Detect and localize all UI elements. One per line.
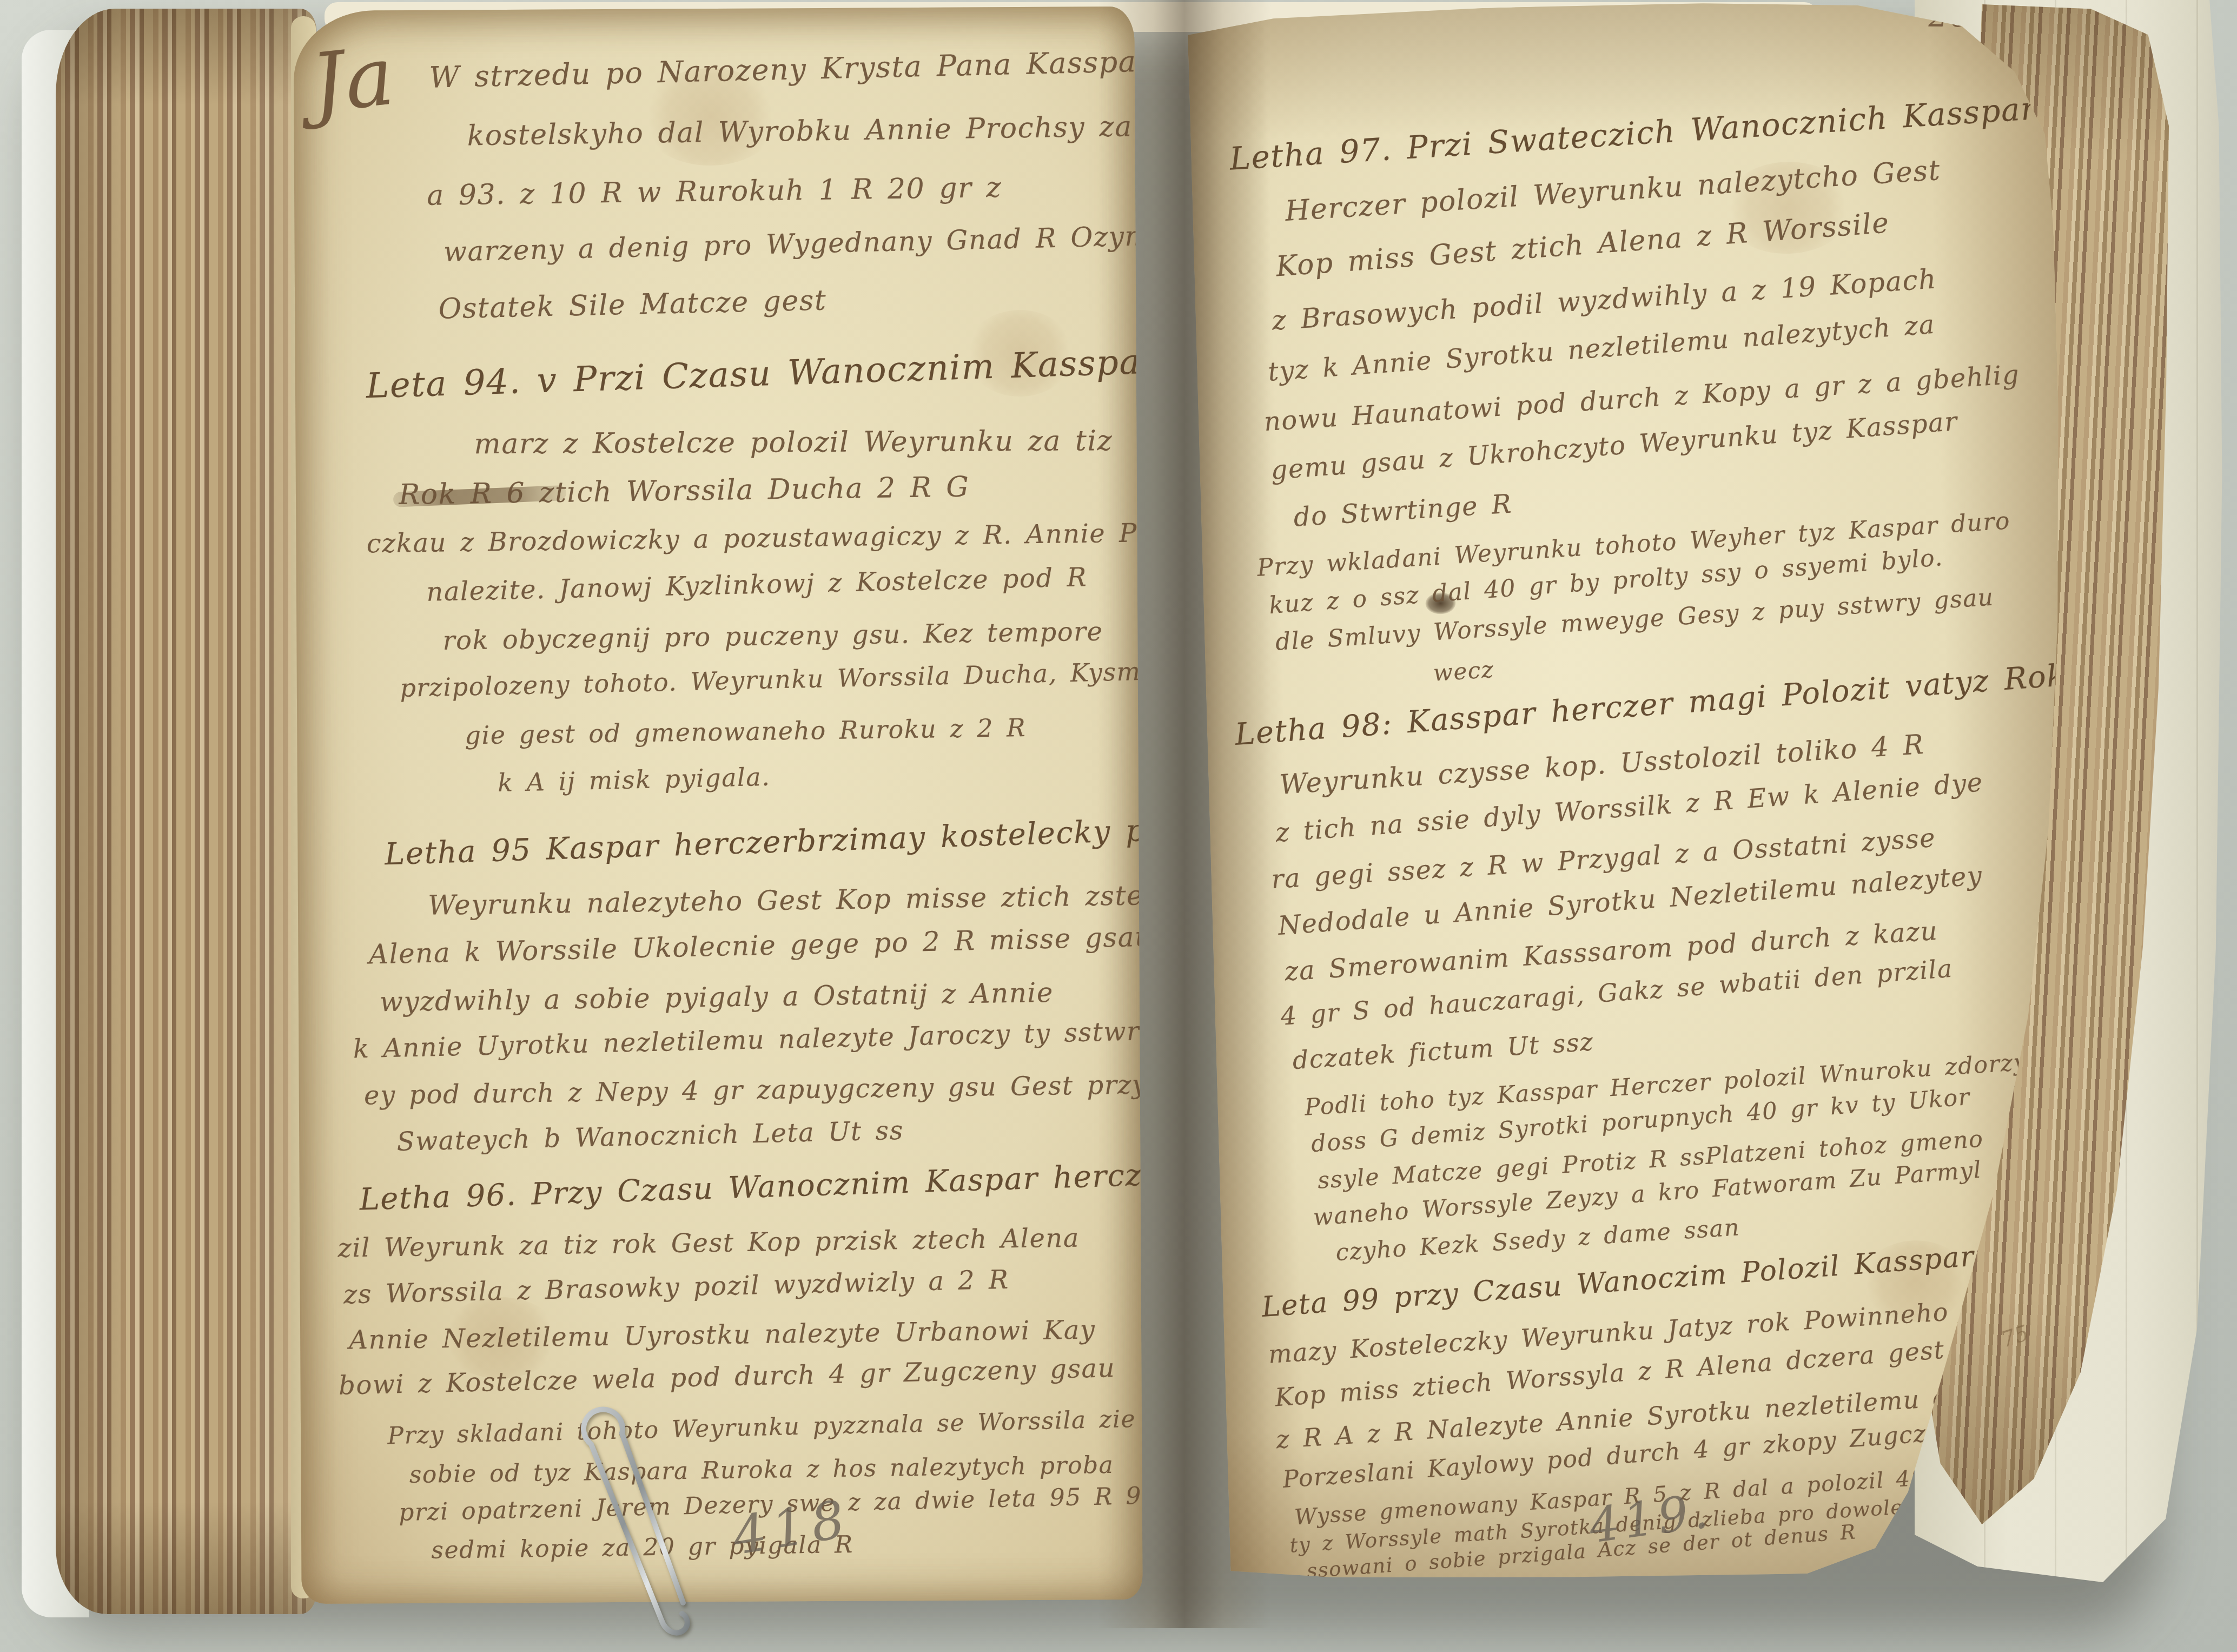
manuscript-line: wecz	[1432, 657, 1494, 686]
manuscript-line: zs Worssila z Brasowky pozil wyzdwizly a…	[343, 1266, 1010, 1310]
manuscript-line: Letha 95 Kaspar herczerbrzimay kosteleck…	[384, 811, 1142, 871]
manuscript-line: a 93. z 10 R w Rurokuh 1 R 20 gr z	[427, 173, 1002, 212]
paperclip-icon	[571, 1382, 717, 1642]
photograph-of-open-manuscript-book: { "colors":{ "ink":"#6b5137", "heading_i…	[0, 0, 2237, 1652]
manuscript-line: zil Weyrunk za tiz rok Gest Kop przisk z…	[337, 1224, 1080, 1263]
manuscript-line: do Stwrtinge R	[1293, 490, 1513, 532]
manuscript-line: Ostatek Sile Matcze gest	[438, 285, 827, 325]
manuscript-line: Letha 96. Przy Czasu Wanocznim Kaspar he…	[359, 1155, 1143, 1217]
manuscript-line: czkau z Brozdowiczky a pozustawagiczy z …	[366, 518, 1142, 558]
manuscript-line: kostelskyho dal Wyrobku Annie Prochsy za…	[467, 110, 1142, 151]
manuscript-line: k Annie Uyrotku nezletilemu nalezyte Jar…	[353, 1017, 1140, 1064]
left-page-block-edges	[56, 9, 316, 1614]
manuscript-line: marz z Kostelcze polozil Weyrunku za tiz	[474, 426, 1113, 460]
left-manuscript-page: JaW strzedu po Narozeny Krysta Pana Kass…	[293, 6, 1142, 1604]
manuscript-line: wyzdwihly a sobie pyigaly a Ostatnij z A…	[380, 978, 1054, 1017]
manuscript-line: dczatek fictum Ut ssz	[1292, 1028, 1594, 1074]
manuscript-line: Rok R 6 ztich Worssila Ducha 2 R G	[399, 472, 970, 511]
manuscript-line: k A ij misk pyigala.	[498, 763, 771, 797]
manuscript-line: sobie od tyz Kaspara Ruroka z hos nalezy…	[409, 1452, 1114, 1489]
manuscript-line: Weyrunku nalezyteho Gest Kop misse ztich…	[428, 880, 1143, 920]
manuscript-line: W strzedu po Narozeny Krysta Pana Kasspa…	[429, 43, 1143, 94]
manuscript-line: Alena k Worssile Ukolecnie gege po 2 R m…	[368, 922, 1142, 969]
manuscript-line: gie gest od gmenowaneho Ruroku z 2 R	[465, 714, 1026, 749]
manuscript-line: rok obyczegnij pro puczeny gsu. Kez temp…	[442, 618, 1103, 656]
manuscript-line: Swateych b Wanocznich Leta Ut ss	[396, 1116, 904, 1157]
manuscript-line: Letha 98: Kasspar herczer magi Polozit v…	[1234, 659, 2067, 752]
manuscript-line: Ja	[307, 31, 399, 129]
manuscript-line: warzeny a denig pro Wygednany Gnad R Ozy…	[443, 221, 1142, 267]
edge-margin-mark: 75	[1998, 1320, 2032, 1352]
manuscript-line: przipolozeny tohoto. Weyrunku Worssila D…	[400, 657, 1143, 702]
manuscript-line: Przy skladani tohoto Weyrunku pyzznala s…	[387, 1405, 1143, 1450]
manuscript-line: nalezite. Janowj Kyzlinkowj z Kostelcze …	[426, 563, 1088, 607]
manuscript-line: ey pod durch z Nepy 4 gr zapuygczeny gsu…	[364, 1071, 1143, 1110]
